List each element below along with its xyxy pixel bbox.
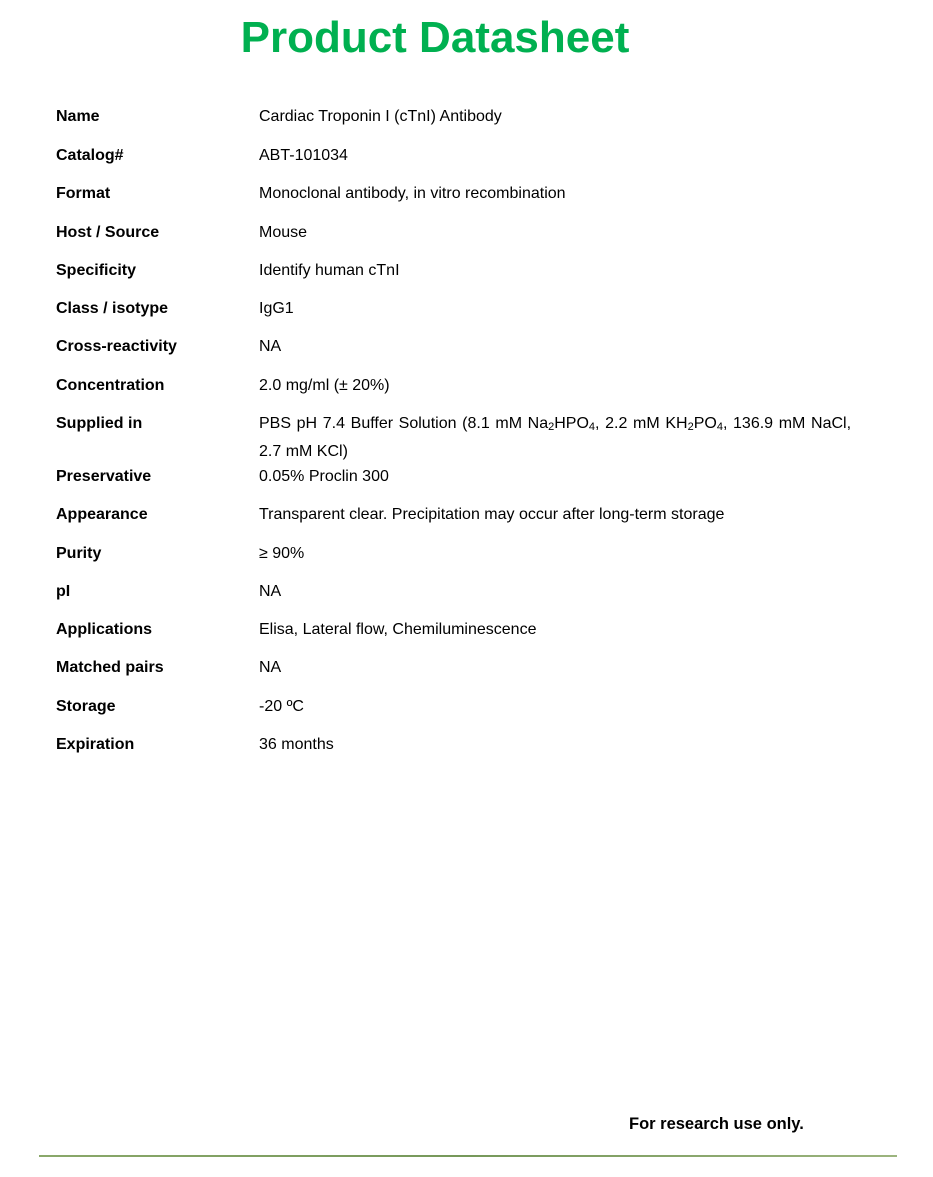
spec-value: IgG1 — [259, 297, 851, 321]
spec-label: Expiration — [56, 733, 256, 757]
spec-label: Name — [56, 105, 256, 129]
spec-label: Cross-reactivity — [56, 335, 256, 359]
spec-value: -20 ºC — [259, 695, 851, 719]
footer-divider — [39, 1155, 897, 1157]
spec-label: Format — [56, 182, 256, 206]
page-title: Product Datasheet — [0, 10, 870, 66]
spec-label: Concentration — [56, 374, 256, 398]
spec-label: Purity — [56, 542, 256, 566]
spec-label: Storage — [56, 695, 256, 719]
spec-label: Appearance — [56, 503, 256, 527]
spec-label: Catalog# — [56, 144, 256, 168]
spec-label: Applications — [56, 618, 256, 642]
spec-value: ≥ 90% — [259, 542, 851, 566]
spec-label: pI — [56, 580, 256, 604]
spec-value: NA — [259, 335, 851, 359]
spec-value: PBS pH 7.4 Buffer Solution (8.1 mM Na2HP… — [259, 410, 851, 466]
spec-value: 0.05% Proclin 300 — [259, 465, 851, 489]
spec-value: 2.0 mg/ml (± 20%) — [259, 374, 851, 398]
spec-value: Cardiac Troponin I (cTnI) Antibody — [259, 105, 851, 129]
spec-value: 36 months — [259, 733, 851, 757]
spec-value: Elisa, Lateral flow, Chemiluminescence — [259, 618, 851, 642]
spec-value: NA — [259, 580, 851, 604]
spec-value: Monoclonal antibody, in vitro recombinat… — [259, 182, 851, 206]
spec-value: Transparent clear. Precipitation may occ… — [259, 503, 851, 527]
spec-label: Class / isotype — [56, 297, 256, 321]
spec-value: ABT-101034 — [259, 144, 851, 168]
spec-value: Identify human cTnI — [259, 259, 851, 283]
spec-value: Mouse — [259, 221, 851, 245]
spec-label: Matched pairs — [56, 656, 256, 680]
spec-label: Preservative — [56, 465, 256, 489]
research-use-notice: For research use only. — [629, 1115, 804, 1134]
spec-label: Supplied in — [56, 412, 256, 436]
spec-label: Specificity — [56, 259, 256, 283]
spec-value: NA — [259, 656, 851, 680]
spec-label: Host / Source — [56, 221, 256, 245]
